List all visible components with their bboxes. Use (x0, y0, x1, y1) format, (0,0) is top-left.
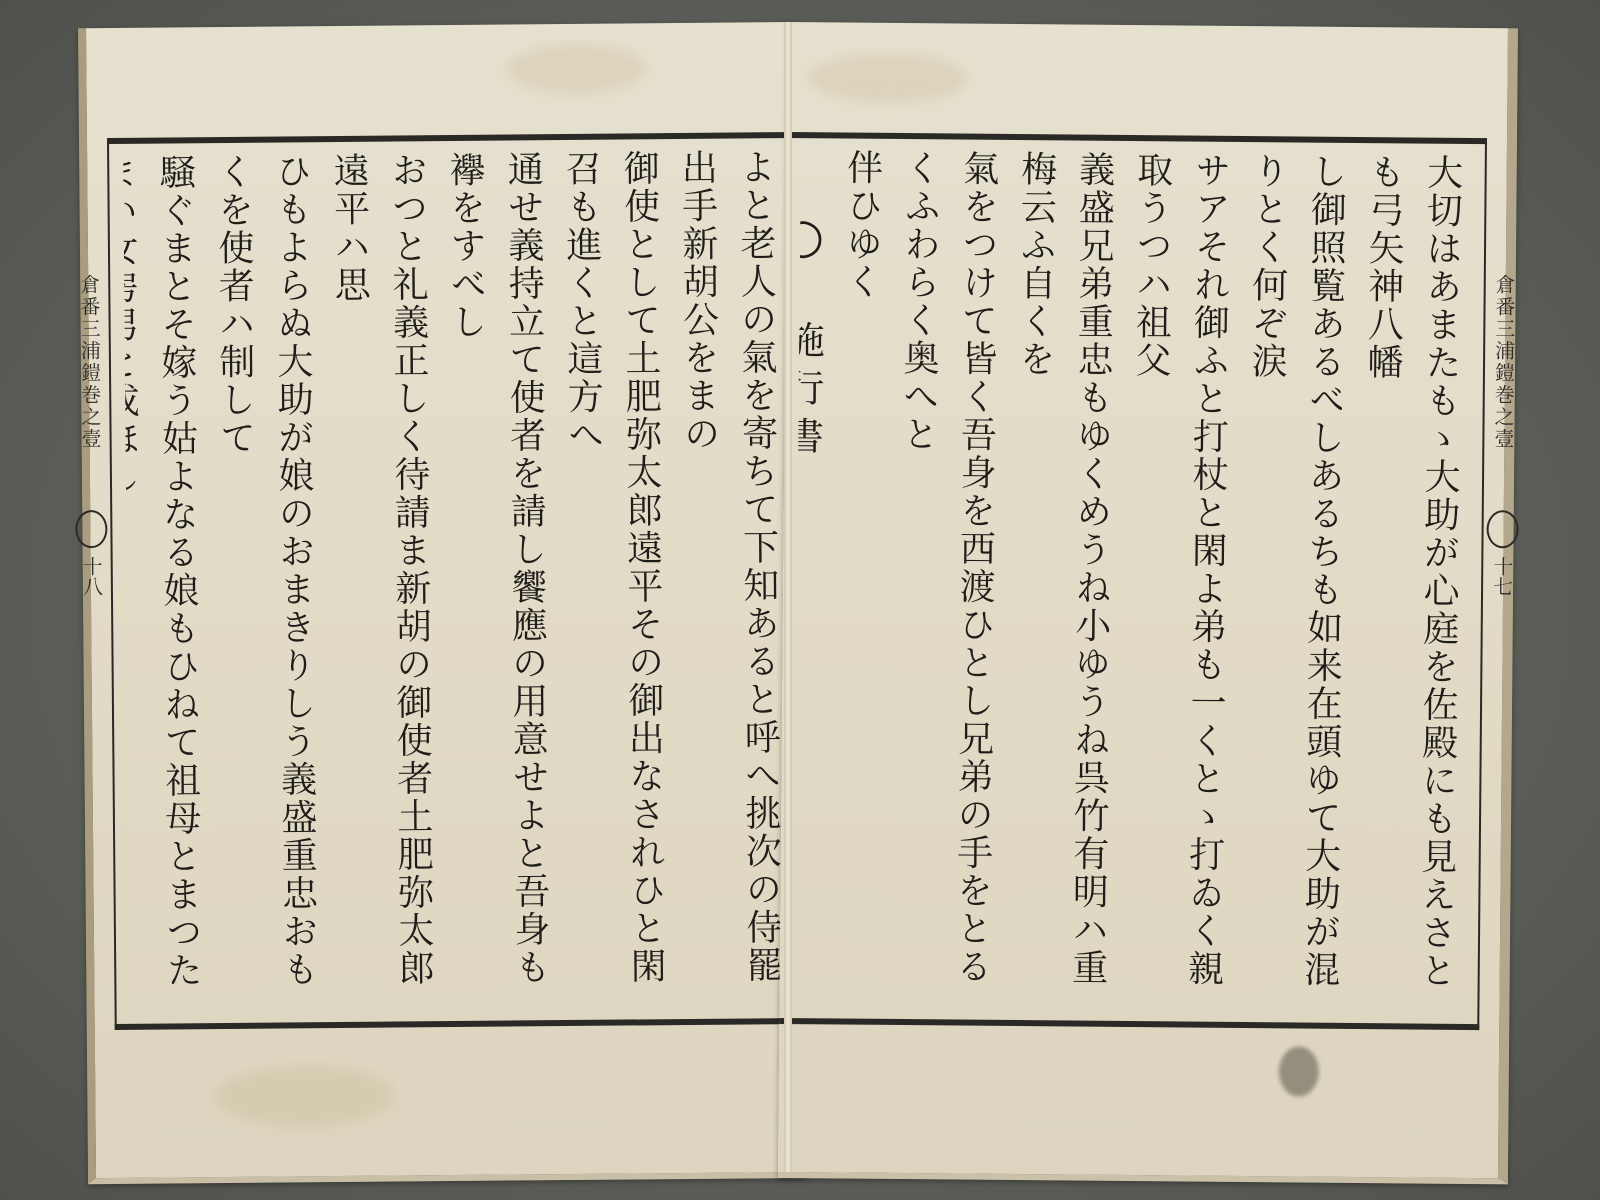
paper-stain (807, 52, 967, 103)
text-column: ひもよらぬ大助が娘のおまきりしう義盛重忠おもくを使者ハ制して (203, 152, 327, 1013)
ink-blot (1279, 1046, 1319, 1096)
text-column: 騒ぐまとそ嫁う姑よなる娘もひねて祖母とまつたまい女房男と成ほし (123, 153, 211, 1014)
left-page-text: よと老人の氣を寄ちて下知あると呼へ挑次の侍罷出手新胡公をまの 御使として土肥弥太… (123, 148, 790, 1014)
left-page-margin-title: 倉番三浦鎧巻之壹 十八 (69, 144, 115, 1024)
text-column: 大切はあまたもゝ大助が心庭を佐殿にも見えさとも弓矢神八幡 (1347, 153, 1471, 1014)
left-page: 倉番三浦鎧巻之壹 十八 よと老人の氣を寄ちて下知あると呼へ挑次の侍罷出手新胡公を… (78, 22, 806, 1184)
folio: 十八 (75, 510, 108, 596)
paper-stain (506, 43, 646, 94)
text-column: 通せ義持立て使者を請し饗應の用意せよと吾身も襷をすべし (435, 150, 559, 1011)
running-title: 倉番三浦鎧巻之壹 (75, 274, 106, 450)
text-column: よと老人の氣を寄ちて下知あると呼へ挑次の侍罷出手新胡公をまの (667, 148, 791, 1009)
book-gutter (784, 22, 792, 1172)
folio-circle-icon (1486, 510, 1518, 548)
running-title: 倉番三浦鎧巻之壹 (1489, 274, 1520, 450)
right-page: 倉番三浦鎧巻之壹 十七 大切はあまたもゝ大助が心庭を佐殿にも見えさとも弓矢神八幡… (778, 22, 1518, 1184)
paper-stain (215, 1066, 396, 1128)
text-column: 伴ひゆく (825, 148, 891, 1008)
left-page-frame: 倉番三浦鎧巻之壹 十八 よと老人の氣を寄ちて下知あると呼へ挑次の侍罷出手新胡公を… (107, 132, 805, 1030)
text-column: 義盛兄弟重忠もゆくめうね小ゆうね呉竹有明ハ重梅云ふ自くを (999, 150, 1123, 1011)
right-page-margin-title: 倉番三浦鎧巻之壹 十七 (1479, 144, 1525, 1024)
text-column: サアそれ御ふと打杖と閑よ弟も一くとゝ打ゐく親取うつハ祖父 (1115, 151, 1239, 1012)
text-column: 氣をつけて皆く吾身を西渡ひとし兄弟の手をとるくふわらく奥へと (883, 149, 1007, 1010)
section-heading-text: 施行書 (793, 320, 824, 464)
text-column: おつと礼義正しく待請ま新胡の御使者土肥弥太郎遠平ハ思 (319, 151, 443, 1012)
folio-circle-icon (75, 510, 107, 548)
folio-number: 十八 (77, 556, 106, 596)
open-book: 倉番三浦鎧巻之壹 十八 よと老人の氣を寄ちて下知あると呼へ挑次の侍罷出手新胡公を… (78, 22, 1518, 1172)
right-page-text: 大切はあまたもゝ大助が心庭を佐殿にも見えさとも弓矢神八幡 し御照覧あるべしあるち… (793, 148, 1470, 1014)
text-column: し御照覧あるべしあるちも如来在頭ゆて大助が混りとく何ぞ涙 (1231, 152, 1355, 1013)
right-page-frame: 倉番三浦鎧巻之壹 十七 大切はあまたもゝ大助が心庭を佐殿にも見えさとも弓矢神八幡… (779, 132, 1487, 1030)
text-column: 御使として土肥弥太郎遠平その御出なされひと閑召も進くと這方へ (551, 149, 675, 1010)
folio-number: 十七 (1488, 556, 1517, 596)
folio: 十七 (1486, 510, 1519, 596)
section-circle-mark: ○ (793, 208, 832, 275)
